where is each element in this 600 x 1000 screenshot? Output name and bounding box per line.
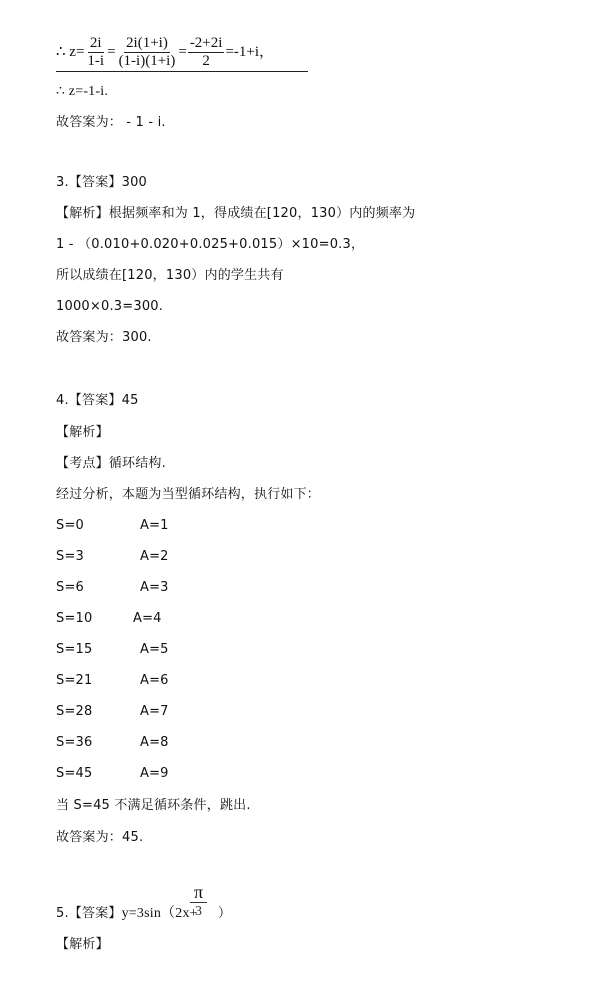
loop-a-value: A=6 — [140, 673, 169, 689]
fraction-denominator: 2 — [200, 53, 212, 70]
q4-line: 【解析】 — [56, 425, 109, 441]
pi-over-3-fraction: π 3 — [190, 882, 207, 921]
loop-a-value: A=9 — [140, 766, 169, 782]
pi-numerator: π — [190, 882, 207, 903]
q5-header: 5.【答案】y=3sin（2x+ — [56, 906, 198, 922]
fraction-2: 2i(1+i) (1-i)(1+i) — [117, 35, 178, 70]
loop-s-value: S=15 — [56, 642, 93, 658]
fraction-numerator: 2i — [88, 35, 104, 53]
loop-a-value: A=7 — [140, 704, 169, 720]
q3-line: 1 - （0.010+0.020+0.025+0.015）×10=0.3， — [56, 237, 364, 253]
loop-s-value: S=3 — [56, 549, 84, 565]
equals-sign: = — [107, 44, 115, 61]
loop-a-value: A=1 — [140, 518, 169, 534]
loop-s-value: S=36 — [56, 735, 93, 751]
q4-header: 4.【答案】45 — [56, 393, 139, 409]
loop-a-value: A=8 — [140, 735, 169, 751]
q4-line: 【考点】循环结构. — [56, 456, 166, 472]
loop-s-value: S=0 — [56, 518, 84, 534]
q3-line: 1000×0.3=300. — [56, 299, 163, 315]
q5-header-prefix: 5.【答案】 — [56, 906, 122, 921]
q4-exit-condition: 当 S=45 不满足循环条件，跳出. — [56, 798, 251, 814]
equals-sign: = — [178, 44, 186, 61]
eq-prefix: ∴ z= — [56, 44, 84, 61]
fraction-1: 2i 1-i — [85, 35, 106, 70]
fraction-numerator: 2i(1+i) — [124, 35, 170, 53]
q5-analysis: 【解析】 — [56, 937, 109, 953]
pi-denominator: 3 — [195, 903, 202, 921]
loop-a-value: A=4 — [133, 611, 162, 627]
loop-s-value: S=10 — [56, 611, 93, 627]
loop-s-value: S=28 — [56, 704, 93, 720]
loop-a-value: A=3 — [140, 580, 169, 596]
fraction-denominator: (1-i)(1+i) — [117, 53, 178, 70]
q4-line: 经过分析，本题为当型循环结构，执行如下： — [56, 487, 320, 503]
conjugate-result: ∴ z=-1-i. — [56, 84, 108, 100]
loop-s-value: S=21 — [56, 673, 93, 689]
loop-s-value: S=6 — [56, 580, 84, 596]
fraction-denominator: 1-i — [85, 53, 106, 70]
q3-answer: 故答案为：300. — [56, 330, 152, 346]
equation-z-fraction: ∴ z= 2i 1-i = 2i(1+i) (1-i)(1+i) = -2+2i… — [56, 33, 308, 72]
q4-answer: 故答案为：45. — [56, 830, 143, 846]
q3-line: 所以成绩在[120，130）内的学生共有 — [56, 268, 284, 284]
loop-s-value: S=45 — [56, 766, 93, 782]
fraction-3: -2+2i 2 — [188, 35, 225, 70]
eq-suffix: =-1+i， — [225, 44, 274, 61]
loop-a-value: A=5 — [140, 642, 169, 658]
fraction-numerator: -2+2i — [188, 35, 225, 53]
q5-close-paren: ） — [218, 906, 231, 922]
q3-line: 【解析】根据频率和为 1，得成绩在[120，130）内的频率为 — [56, 206, 415, 222]
q2-answer: 故答案为： - 1 - i. — [56, 115, 166, 131]
loop-a-value: A=2 — [140, 549, 169, 565]
q3-header: 3.【答案】300 — [56, 175, 147, 191]
q5-formula: y=3sin（2x+ — [122, 906, 198, 921]
